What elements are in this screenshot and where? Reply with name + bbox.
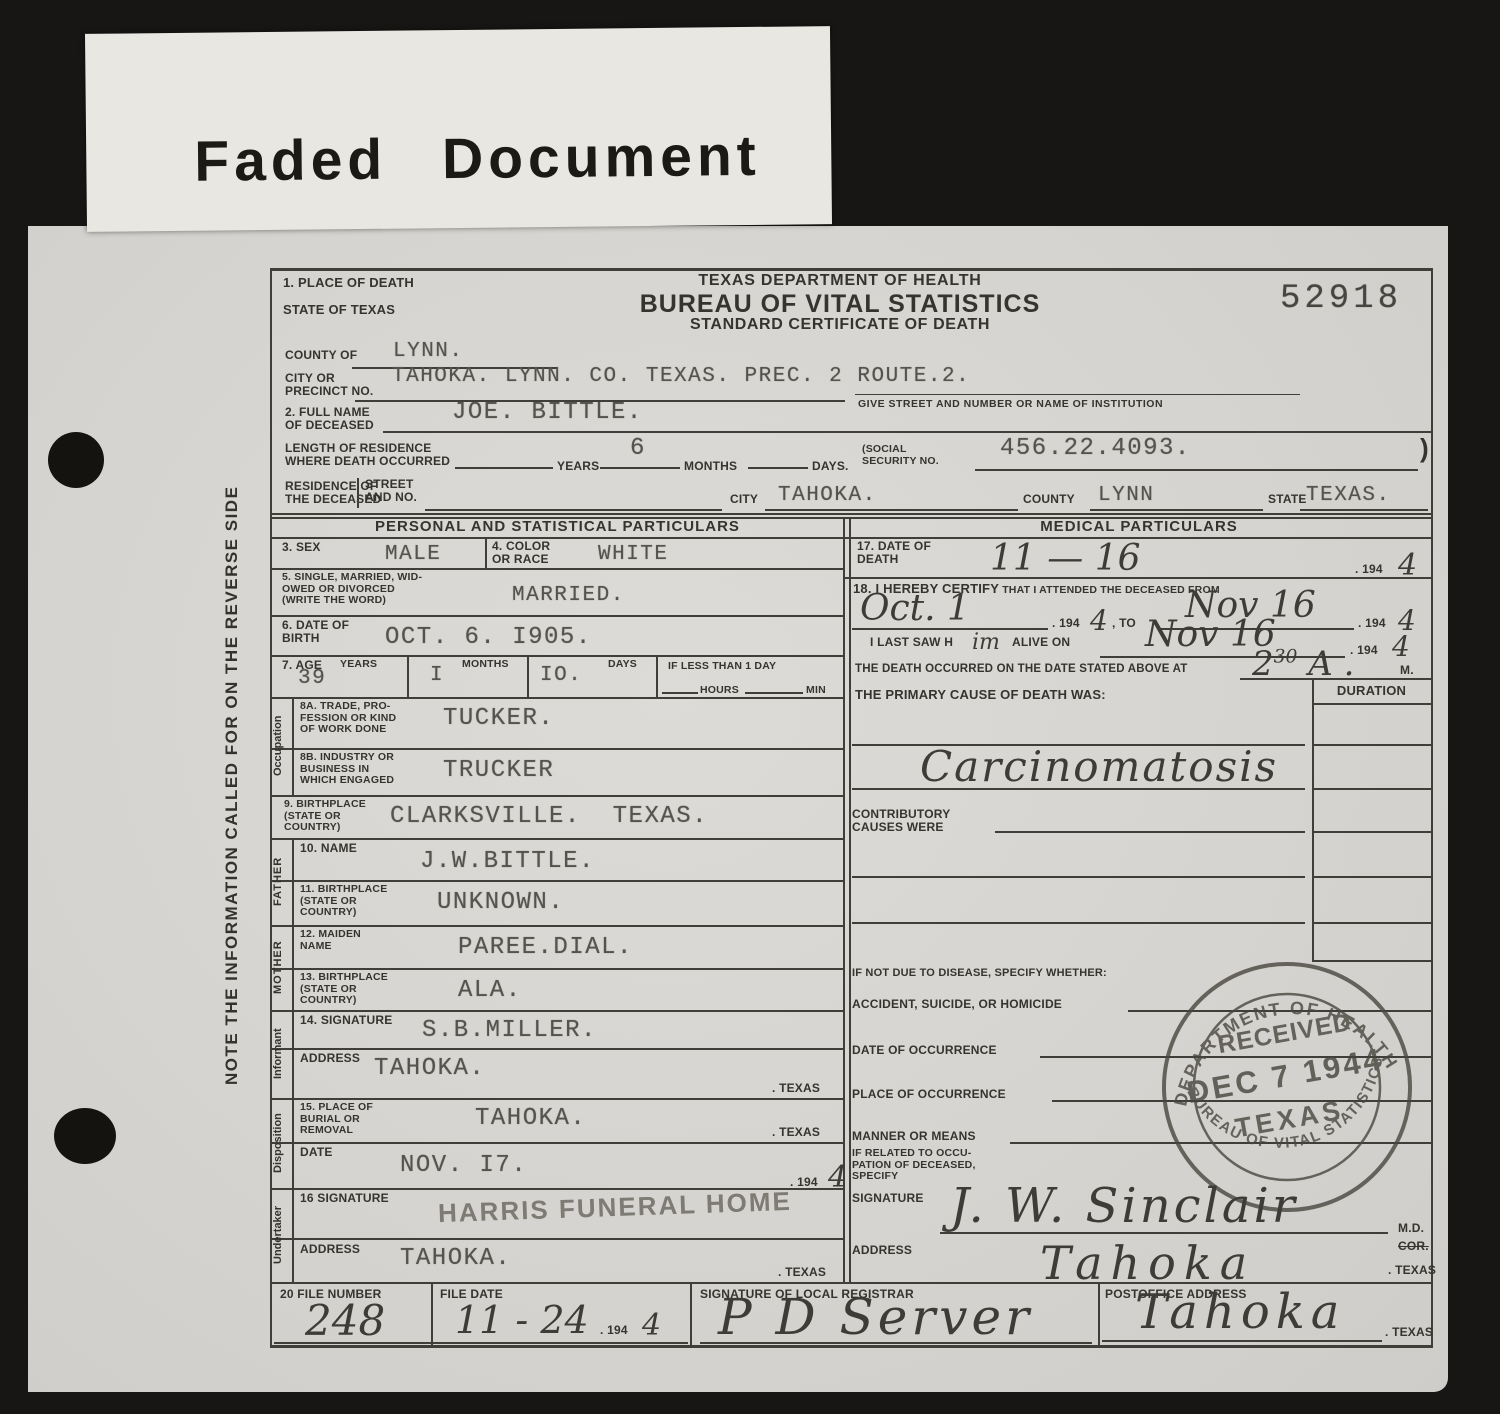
row-line [270,925,845,927]
state-underline [1300,509,1428,511]
row-line [270,795,845,797]
scanned-death-certificate: Faded Document NOTE THE INFORMATION CALL… [0,0,1500,1414]
attended-from-value: Oct. 1 [860,588,970,629]
year-printed: . 194 [1355,563,1383,576]
ssn-value: 456.22.4093. [1000,438,1191,460]
undertaker-addr-value: TAHOKA. [400,1248,511,1270]
last-saw-scribble: im [972,630,1000,655]
death-time-hour: 2 [1252,644,1274,684]
occupation-group-label: Occupation [272,697,292,795]
last-saw-label-1: I LAST SAW H [870,636,953,649]
from-underline [852,628,1048,630]
cause-of-death-value: Carcinomatosis [920,742,1278,791]
state-value: TEXAS. [1306,485,1391,507]
center-divider-2 [849,517,851,1282]
city-value: TAHOKA. [778,485,877,507]
months-underline [600,467,680,469]
informant-sig-value: S.B.MILLER. [422,1020,597,1042]
physician-signature: J. W. Sinclair [950,1178,1298,1234]
state-of-texas-label: STATE OF TEXAS [283,303,395,316]
informant-addr-label: ADDRESS [300,1052,360,1065]
po-address-value: Tahoka [1135,1284,1345,1340]
manner-label: MANNER OR MEANS [852,1130,976,1143]
texas-suffix: . TEXAS [1385,1326,1433,1339]
footer-divider [1098,1282,1100,1346]
physician-sig-label: SIGNATURE [852,1192,924,1205]
department-title: TEXAS DEPARTMENT OF HEALTH [560,274,1120,287]
burial-date-label: DATE [300,1146,333,1159]
father-birthplace-label: 11. BIRTHPLACE (STATE OR COUNTRY) [300,884,387,919]
duration-box-top [1312,678,1431,680]
row-line [270,615,845,617]
year-printed: . 194 [790,1176,818,1189]
row-line [270,968,845,970]
year-printed: . 194 [600,1324,628,1337]
informant-group-label: Informant [272,1010,292,1098]
row-line [270,1048,845,1050]
informant-addr-value: TAHOKA. [374,1058,485,1080]
age-days-label: DAYS [608,659,637,671]
mother-birthplace-value: ALA. [458,980,522,1002]
registrar-signature: P D Server [718,1288,1033,1346]
county-value: LYNN. [393,341,464,363]
min-underline [745,692,803,694]
year-printed: . 194 [1052,617,1080,630]
contributory-line [995,831,1305,833]
section-divider-line [270,513,1433,515]
texas-suffix: . TEXAS [772,1126,820,1139]
mother-group-label: MOTHER [272,925,292,1010]
footer-divider [431,1282,433,1346]
texas-suffix: . TEXAS [1388,1264,1436,1277]
trade-value: TUCKER. [443,708,554,730]
industry-value: TRUCKER [443,760,554,782]
section-header-underline [270,537,1433,539]
county2-label: COUNTY [1023,493,1075,506]
texas-suffix: . TEXAS [778,1266,826,1279]
duration-box-left [1312,678,1314,960]
color-label: 4. COLOR OR RACE [492,540,550,566]
county2-value: LYNN [1098,485,1154,507]
months-label: MONTHS [684,460,737,473]
m-label: M. [1400,664,1414,677]
days-label: DAYS. [812,460,849,473]
dod-label: 17. DATE OF DEATH [857,540,931,566]
years-underline [455,467,553,469]
duration-label: DURATION [1312,684,1431,697]
mother-name-value: PAREE.DIAL. [458,937,633,959]
less-than-day-label: IF LESS THAN 1 DAY [668,661,776,673]
street-underline [425,509,722,511]
color-value: WHITE [598,544,669,566]
occurred-label: THE DEATH OCCURRED ON THE DATE STATED AB… [855,664,1187,676]
father-birthplace-value: UNKNOWN. [437,892,564,914]
faded-document-label: Faded Document [194,123,761,195]
dod-value: 11 — 16 [990,538,1141,579]
last-saw-label-2: ALIVE ON [1012,636,1070,649]
duration-cell-line [1314,788,1431,790]
row-line [270,1098,845,1100]
undertaker-sig-label: 16 SIGNATURE [300,1192,389,1205]
full-name-value: JOE. BITTLE. [452,402,643,424]
marital-label: 5. SINGLE, MARRIED, WID- OWED OR DIVORCE… [282,572,422,607]
duration-cell-line [1314,922,1431,924]
physician-address: Tahoka [1040,1236,1255,1290]
po-underline [1102,1340,1382,1342]
faded-document-slip: Faded Document [85,26,832,232]
duration-header-line [1312,703,1431,705]
trade-label: 8A. TRADE, PRO- FESSION OR KIND OF WORK … [300,701,396,736]
date-occurrence-label: DATE OF OCCURRENCE [852,1044,997,1057]
marital-value: MARRIED. [512,585,625,607]
residence-length-label: LENGTH OF RESIDENCE WHERE DEATH OCCURRED [285,442,450,468]
informant-sig-label: 14. SIGNATURE [300,1014,392,1027]
reverse-side-note: NOTE THE INFORMATION CALLED FOR ON THE R… [222,468,244,1102]
age-divider [527,655,529,697]
cause-line [852,788,1305,790]
dob-label: 6. DATE OF BIRTH [282,619,349,645]
death-time-minutes: 30 [1274,647,1298,668]
md-label: M.D. [1398,1222,1424,1235]
row-line [270,1010,845,1012]
certificate-number: 52918 [1280,288,1402,310]
institution-note: GIVE STREET AND NUMBER OR NAME OF INSTIT… [858,399,1163,411]
row-line [270,1238,845,1240]
disposition-group-label: Disposition [272,1098,292,1188]
burial-date-value: NOV. I7. [400,1155,527,1177]
bureau-title: BUREAU OF VITAL STATISTICS [560,291,1120,317]
dob-value: OCT. 6. I905. [385,627,592,649]
state-label: STATE [1268,493,1307,506]
registrar-underline [700,1342,1092,1344]
city-underline-right [855,394,1300,395]
cor-label: COR. [1398,1240,1429,1253]
personal-section-header: PERSONAL AND STATISTICAL PARTICULARS [270,520,845,533]
days-underline [748,467,808,469]
punch-hole-top [48,432,104,488]
ssn-underline [975,469,1418,471]
sex-color-divider [485,537,487,568]
father-name-label: 10. NAME [300,842,357,855]
duration-cell-line [1314,876,1431,878]
undertaker-addr-label: ADDRESS [300,1243,360,1256]
place-of-death-label: 1. PLACE OF DEATH [283,276,414,289]
physician-addr-label: ADDRESS [852,1244,912,1257]
if-not-due-label: IF NOT DUE TO DISEASE, SPECIFY WHETHER: [852,968,1107,980]
birthplace-label: 9. BIRTHPLACE (STATE OR COUNTRY) [284,799,366,834]
age-months-value: I [430,665,444,687]
county2-underline [1090,509,1263,511]
undertaker-group-label: Undertaker [272,1188,292,1282]
row-line [270,748,845,750]
footer-divider [690,1282,692,1346]
age-years-label: YEARS [340,659,377,671]
age-days-value: IO. [540,665,582,687]
ssn-close-paren: ) [1420,442,1429,455]
duration-cell-line [1314,744,1431,746]
city-precinct-value: TAHOKA. LYNN. CO. TEXAS. PREC. 2 ROUTE.2… [392,366,970,388]
punch-hole-bottom [54,1108,116,1164]
row-line [270,880,845,882]
sex-value: MALE [385,544,441,566]
accident-label: ACCIDENT, SUICIDE, OR HOMICIDE [852,998,1062,1011]
hours-label: HOURS [700,685,739,697]
row-line [270,697,845,699]
footer-underline [274,1342,688,1344]
signature-underline [940,1232,1388,1234]
row-line [845,577,1433,579]
father-name-value: J.W.BITTLE. [420,851,595,873]
city-precinct-label: CITY OR PRECINCT NO. [285,372,373,398]
mother-birthplace-label: 13. BIRTHPLACE (STATE OR COUNTRY) [300,972,388,1007]
row-line [270,568,845,570]
year-handwritten: 4 [1090,604,1108,637]
industry-label: 8B. INDUSTRY OR BUSINESS IN WHICH ENGAGE… [300,752,394,787]
year-handwritten: 4 [828,1160,847,1195]
primary-cause-label: THE PRIMARY CAUSE OF DEATH WAS: [855,688,1106,701]
hours-underline [662,692,698,694]
cause-line [852,876,1305,878]
burial-label: 15. PLACE OF BURIAL OR REMOVAL [300,1102,373,1137]
year-handwritten: 4 [1392,630,1410,663]
age-months-label: MONTHS [462,659,509,671]
year-handwritten: 4 [642,1308,661,1343]
form-border-top [270,268,1433,271]
county-label: COUNTY OF [285,349,357,362]
min-label: MIN [806,685,826,697]
years-label: YEARS [557,460,599,473]
group-strip-line [292,838,294,1282]
mother-name-label: 12. MAIDEN NAME [300,929,361,952]
ssn-label: (SOCIAL SECURITY NO. [862,444,939,467]
certificate-title: STANDARD CERTIFICATE OF DEATH [560,318,1120,331]
age-years-value: 39 [298,668,326,690]
age-divider [407,655,409,697]
city-label: CITY [730,493,758,506]
cause-line [852,922,1305,924]
residence-divider [357,478,359,508]
residence-length-value: 6 [630,438,646,460]
father-group-label: FATHER [272,838,292,925]
birthplace-value: CLARKSVILLE. TEXAS. [390,806,708,828]
city-value-underline [765,509,1018,511]
row-line [270,655,845,657]
contributory-label: CONTRIBUTORY CAUSES WERE [852,808,950,834]
duration-cell-line [1314,831,1431,833]
place-occurrence-label: PLACE OF OCCURRENCE [852,1088,1006,1101]
sex-label: 3. SEX [282,541,321,554]
file-number-value: 248 [305,1296,385,1345]
medical-section-header: MEDICAL PARTICULARS [845,520,1433,533]
burial-value: TAHOKA. [475,1108,586,1130]
row-line [270,1142,845,1144]
group-strip-line [292,697,294,795]
street-and-no-label: STREET AND NO. [365,478,417,504]
full-name-label: 2. FULL NAME OF DECEASED [285,406,374,432]
full-name-underline [383,431,1431,433]
year-printed: . 194 [1358,617,1386,630]
file-date-value: 11 - 24 [455,1298,589,1342]
age-divider [656,655,658,697]
row-line [270,838,845,840]
texas-suffix: . TEXAS [772,1082,820,1095]
to-label: , TO [1112,617,1136,630]
